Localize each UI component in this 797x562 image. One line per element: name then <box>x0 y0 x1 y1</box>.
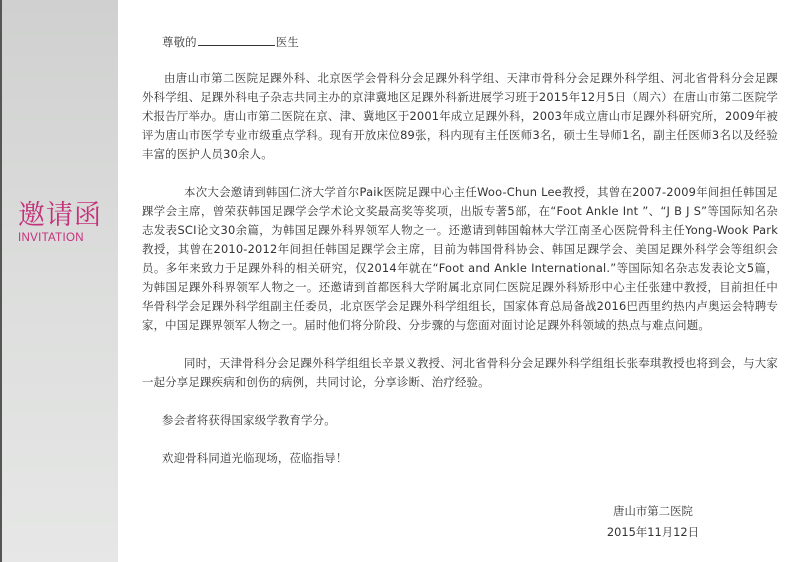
paragraph-credits: 参会者将获得国家级学教育学分。 <box>142 411 778 430</box>
paragraph-welcome: 欢迎骨科同道光临现场，莅临指导！ <box>142 449 778 468</box>
signature-block: 唐山市第二医院 2015年11月12日 <box>598 501 708 543</box>
sidebar: 邀请函 INVITATION <box>0 0 118 562</box>
paragraph-attending-experts: 同时，天津骨科分会足踝外科学组组长辛景义教授、河北省骨科分会足踝外科学组组长张奉… <box>142 354 778 392</box>
greeting-prefix: 尊敬的 <box>162 35 197 49</box>
paragraph-invited-speakers: 本次大会邀请到韩国仁济大学首尔Paik医院足踝中心主任Woo-Chun Lee教… <box>142 183 778 335</box>
greeting-suffix: 医生 <box>276 35 299 49</box>
signature-date: 2015年11月12日 <box>598 522 708 543</box>
name-blank-line <box>198 33 275 46</box>
signature-organization: 唐山市第二医院 <box>598 501 708 522</box>
invitation-logo: 邀请函 INVITATION <box>18 201 102 245</box>
logo-english-title: INVITATION <box>18 231 102 245</box>
letter-body: 尊敬的医生 由唐山市第二医院足踝外科、北京医学会骨科分会足踝外科学组、天津市骨科… <box>142 33 778 468</box>
paragraph-hospital-intro: 由唐山市第二医院足踝外科、北京医学会骨科分会足踝外科学组、天津市骨科分会足踝外科… <box>142 69 778 164</box>
logo-chinese-title: 邀请函 <box>18 201 102 231</box>
greeting: 尊敬的医生 <box>142 33 778 52</box>
